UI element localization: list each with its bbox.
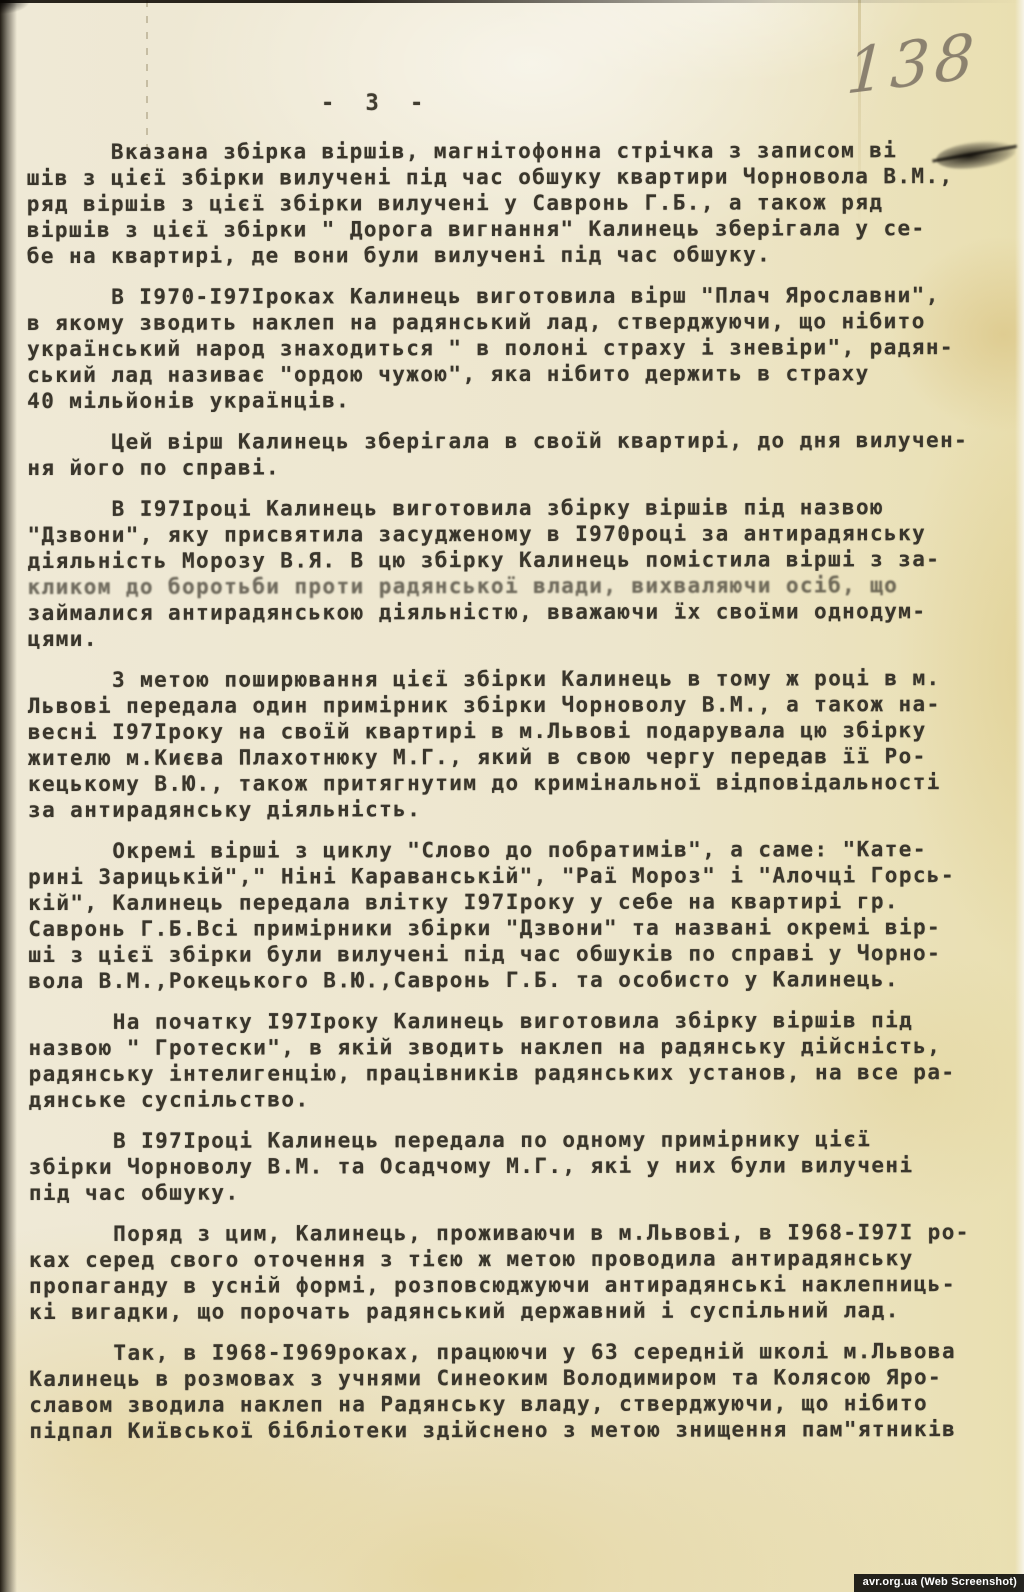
scan-edge-top — [0, 0, 1024, 3]
text-line: кецькому В.Ю., також притягнутим до крим… — [28, 769, 1010, 797]
text-line: під час обшуку. — [29, 1178, 1011, 1206]
text-line: дянське суспільство. — [29, 1085, 1011, 1113]
text-line: весні І97Іроку на своїй квартирі в м.Льв… — [28, 717, 1010, 745]
text-line: Поряд з цим, Калинець, проживаючи в м.Ль… — [29, 1219, 1011, 1247]
text-line: український народ знаходиться " в полоні… — [27, 334, 1009, 362]
text-line: кликом до боротьби проти радянської влад… — [28, 572, 1010, 600]
typed-page-number: - 3 - — [321, 92, 432, 116]
text-line: ряд віршів з цієї збірки вилучені у Савр… — [27, 189, 1009, 217]
text-line: З метою поширювання цієї збірки Калинець… — [28, 665, 1010, 693]
paragraph: Так, в І968-І969роках, працюючи у 63 сер… — [29, 1338, 1011, 1444]
text-line: ші з цієї збірки були вилучені під час о… — [28, 940, 1010, 968]
text-line: за антирадянську діяльність. — [28, 795, 1010, 823]
scan-edge-right — [1015, 0, 1024, 1592]
text-line: Так, в І968-І969роках, працюючи у 63 сер… — [29, 1338, 1011, 1366]
text-line: ках серед свого оточення з тією ж метою … — [29, 1245, 1011, 1273]
text-line: ський лад називає "ордою чужою", яка ніб… — [27, 360, 1009, 388]
paragraph: Цей вірш Калинець зберігала в своїй квар… — [27, 427, 1009, 481]
handwritten-page-number: 138 — [844, 15, 981, 112]
scanned-document-page: 138 - 3 - Вказана збірка віршів, магніто… — [0, 0, 1024, 1592]
text-line: радянську інтелигенцію, працівників радя… — [29, 1059, 1011, 1087]
watermark: avr.org.ua (Web Screenshot) — [854, 1574, 1024, 1592]
text-line: займалися антирадянською діяльністю, вва… — [28, 598, 1010, 626]
text-line: Окремі вірші з циклу "Слово до побратимі… — [28, 836, 1010, 864]
text-line: підпал Київської бібліотеки здійснено з … — [29, 1416, 1011, 1444]
text-line: шів з цієї збірки вилучені під час обшук… — [27, 163, 1009, 191]
text-line: Савронь Г.Б.Всі примірники збірки "Дзвон… — [28, 914, 1010, 942]
paragraph: На початку І97Іроку Калинець виготовила … — [28, 1007, 1010, 1113]
paragraph: В І970-І97Іроках Калинець виготовила вір… — [27, 282, 1009, 414]
text-line: вола В.М.,Рокецького В.Ю.,Савронь Г.Б. т… — [28, 966, 1010, 994]
text-line: назвою " Гротески", в якій зводить накле… — [28, 1033, 1010, 1061]
text-line: славом зводила наклеп на Радянську владу… — [29, 1390, 1011, 1418]
paragraph: З метою поширювання цієї збірки Калинець… — [28, 665, 1010, 823]
paragraph: В І97Іроці Калинець виготовила збірку ві… — [27, 494, 1009, 652]
text-line: Калинець в розмовах з учнями Синеоким Во… — [29, 1364, 1011, 1392]
text-line: віршів з цієї збірки " Дорога вигнання" … — [27, 215, 1009, 243]
text-line: в якому зводить наклеп на радянський лад… — [27, 308, 1009, 336]
text-line: В І97Іроці Калинець виготовила збірку ві… — [27, 494, 1009, 522]
text-line: В І97Іроці Калинець передала по одному п… — [29, 1126, 1011, 1154]
text-line: бе на квартирі, де вони були вилучені пі… — [27, 241, 1009, 269]
text-line: цями. — [28, 624, 1010, 652]
paper-crease — [146, 0, 148, 150]
text-line: В І970-І97Іроках Калинець виготовила вір… — [27, 282, 1009, 310]
text-line: ня його по справі. — [27, 453, 1009, 481]
text-line: Вказана збірка віршів, магнітофонна стрі… — [27, 137, 1009, 165]
paragraph: В І97Іроці Калинець передала по одному п… — [29, 1126, 1011, 1206]
paragraph: Вказана збірка віршів, магнітофонна стрі… — [27, 137, 1009, 269]
paragraph: Окремі вірші з циклу "Слово до побратимі… — [28, 836, 1010, 994]
text-line: На початку І97Іроку Калинець виготовила … — [28, 1007, 1010, 1035]
text-line: збірки Чорноволу В.М. та Осадчому М.Г., … — [29, 1152, 1011, 1180]
text-line: рині Зарицькій"," Ніні Караванській", "Р… — [28, 862, 1010, 890]
text-line: жителю м.Києва Плахотнюку М.Г., який в с… — [28, 743, 1010, 771]
scan-corner-blot — [0, 0, 30, 14]
text-line: Цей вірш Калинець зберігала в своїй квар… — [27, 427, 1009, 455]
text-line: діяльність Морозу В.Я. В цю збірку Калин… — [27, 546, 1009, 574]
document-body: Вказана збірка віршів, магнітофонна стрі… — [27, 137, 1012, 1459]
paragraph: Поряд з цим, Калинець, проживаючи в м.Ль… — [29, 1219, 1011, 1325]
text-line: Львові передала один примірник збірки Чо… — [28, 691, 1010, 719]
text-line: пропаганду в усній формі, розповсюджуючи… — [29, 1271, 1011, 1299]
text-line: "Дзвони", яку присвятила засудженому в І… — [27, 520, 1009, 548]
text-line: кій", Калинець передала влітку І97Іроку … — [28, 888, 1010, 916]
text-line: кі вигадки, що порочать радянський держа… — [29, 1297, 1011, 1325]
scan-edge-left — [0, 0, 17, 1592]
text-line: 40 мільйонів українців. — [27, 386, 1009, 414]
